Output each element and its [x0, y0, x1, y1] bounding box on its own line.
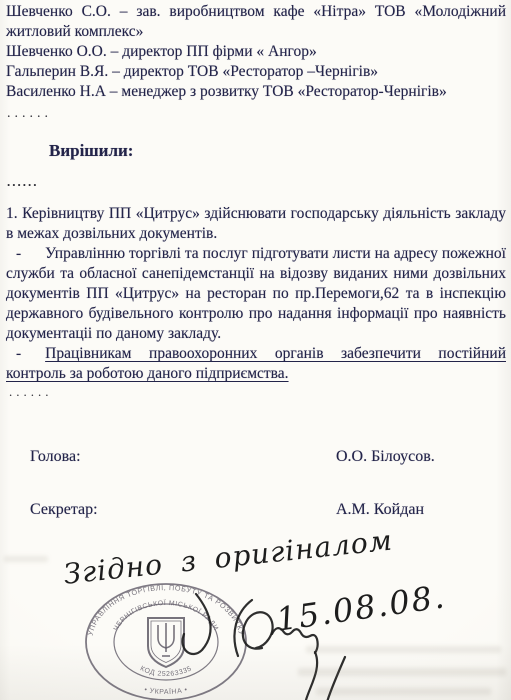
decisions-section: 1. Керівництву ПП «Цитрус» здійснювати г… [6, 204, 506, 384]
resolution-heading: Вирішили: [49, 141, 133, 161]
signer-name: А.М. Койдан [336, 500, 424, 520]
bleed-through-mark [306, 646, 501, 653]
decision-item-3-text-underlined: Працівникам правоохоронних органів забез… [6, 345, 506, 382]
ellipsis-separator: ...... [7, 106, 52, 122]
role-label: Голова: [30, 447, 81, 467]
handwritten-date: 15.08.08. [274, 577, 448, 638]
scanned-document-page: Шевченко С.О. – зав. виробництвом кафе «… [0, 0, 511, 700]
dash-marker: - [6, 345, 45, 362]
role-label: Секретар: [30, 500, 98, 520]
signature-row-chairman: Голова: О.О. Білоусов. [0, 447, 511, 467]
decision-item-3: -Працівникам правоохоронних органів забе… [6, 344, 506, 384]
signature-row-secretary: Секретар: А.М. Койдан [0, 500, 511, 520]
decision-item-1: 1. Керівництву ПП «Цитрус» здійснювати г… [6, 204, 506, 244]
bleed-through-mark [316, 688, 491, 695]
ellipsis-separator: ...... [9, 384, 53, 400]
official-stamp: УПРАВЛІННЯ ТОРГІВЛІ, ПОБУТУ ТА РОЗВИТКУ … [82, 580, 250, 700]
svg-text:• УКРАЇНА •: • УКРАЇНА • [144, 687, 189, 696]
dash-marker: - [6, 245, 45, 262]
ellipsis-separator: ...... [7, 174, 39, 190]
decision-item-2: -Управлінню торгівлі та послуг підготува… [6, 244, 506, 344]
attendees-list: Шевченко С.О. – зав. виробництвом кафе «… [6, 2, 506, 102]
attendee-line: Гальперин В.Я. – директор ТОВ «Ресторато… [6, 62, 506, 82]
trident-coat-of-arms-icon [148, 618, 184, 667]
attendee-line: Шевченко О.О. – директор ПП фірми « Анго… [6, 42, 506, 62]
decision-item-2-text: Управлінню торгівлі та послуг підготуват… [6, 245, 506, 342]
bleed-through-mark [298, 668, 506, 676]
bleed-through-mark [4, 556, 48, 562]
stamp-country-text: • УКРАЇНА • [144, 687, 189, 696]
attendee-line: Шевченко С.О. – зав. виробництвом кафе «… [6, 2, 506, 42]
decision-item-1-text: 1. Керівництву ПП «Цитрус» здійснювати г… [6, 205, 506, 242]
signer-name: О.О. Білоусов. [336, 447, 435, 467]
attendee-line: Василенко Н.А – менеджер з розвитку ТОВ … [6, 82, 506, 102]
